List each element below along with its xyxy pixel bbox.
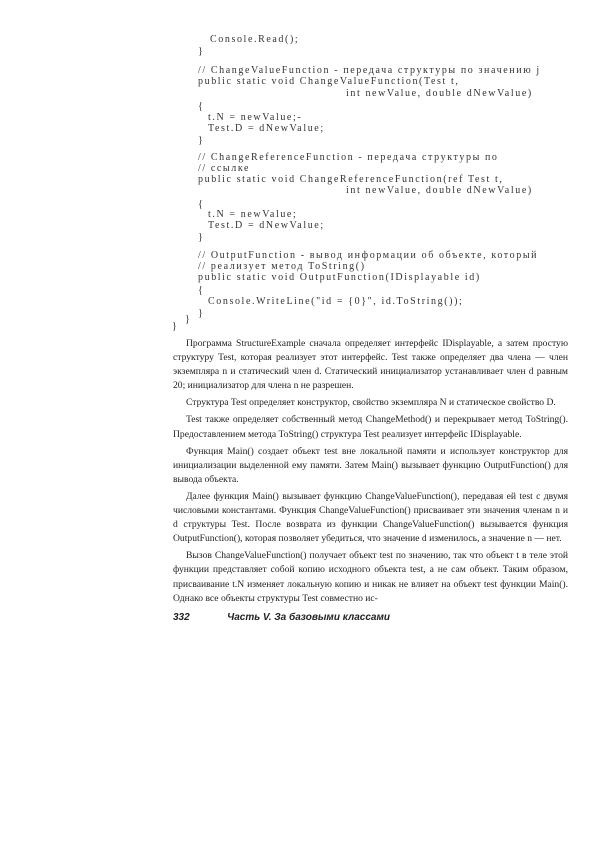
code-line: t.N = newValue; xyxy=(208,209,297,220)
paragraph: Структура Test определяет конструктор, с… xyxy=(173,396,568,410)
code-line: { xyxy=(198,101,204,112)
code-line: public static void ChangeValueFunction(T… xyxy=(198,76,459,87)
running-footer-chapter: Часть V. За базовыми классами xyxy=(227,612,390,623)
code-line: // ChangeValueFunction - передача структ… xyxy=(198,65,541,76)
code-line: Console.Read(); xyxy=(210,34,299,45)
paragraph: Программа StructureExample сначала опред… xyxy=(173,337,568,393)
code-line: } xyxy=(198,308,204,319)
code-line: // ссылке xyxy=(198,163,250,174)
code-line: Test.D = dNewValue; xyxy=(208,123,325,134)
code-line: int newValue, double dNewValue) xyxy=(346,88,533,99)
paragraph: Далее функция Main() вызывает функцию Ch… xyxy=(173,490,568,546)
paragraph: Test также определяет собственный метод … xyxy=(173,413,568,441)
code-line: } xyxy=(198,46,204,57)
code-line: // OutputFunction - вывод информации об … xyxy=(198,250,538,261)
body-text: Программа StructureExample сначала опред… xyxy=(173,337,568,609)
code-line: } xyxy=(172,321,178,332)
code-line: { xyxy=(198,285,204,296)
code-line: } xyxy=(198,135,204,146)
code-line: Test.D = dNewValue; xyxy=(208,220,325,231)
paragraph: Функция Main() создает объект test вне л… xyxy=(173,445,568,487)
code-line: // ChangeReferenceFunction - передача ст… xyxy=(198,152,499,163)
code-line: public static void ChangeReferenceFuncti… xyxy=(198,174,503,185)
code-line: } xyxy=(185,314,191,325)
code-line: Console.WriteLine("id = {0}", id.ToStrin… xyxy=(208,296,463,307)
code-line: int newValue, double dNewValue) xyxy=(346,185,533,196)
code-line: t.N = newValue;- xyxy=(208,112,302,123)
code-line: { xyxy=(198,199,204,210)
code-line: public static void OutputFunction(IDispl… xyxy=(198,272,481,283)
page-number: 332 xyxy=(173,612,190,623)
code-line: } xyxy=(198,232,204,243)
paragraph: Вызов ChangeValueFunction() получает объ… xyxy=(173,549,568,605)
code-line: // реализует метод ToString() xyxy=(198,261,366,272)
